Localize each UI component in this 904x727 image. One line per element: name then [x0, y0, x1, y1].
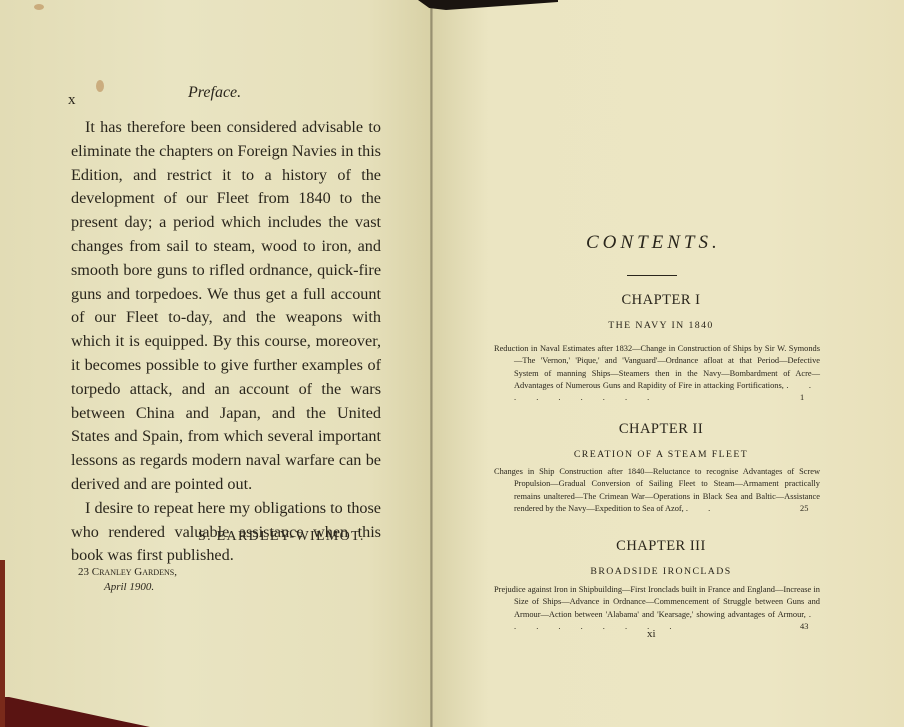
chapter-summary: Prejudice against Iron in Shipbuilding—F…: [494, 584, 820, 633]
address-line: 23 Cranley Gardens,: [78, 566, 177, 578]
book-gutter: [430, 0, 433, 727]
address-block: 23 Cranley Gardens, April 1900.: [78, 565, 177, 595]
summary-text: Reduction in Naval Estimates after 1832—…: [494, 344, 820, 390]
summary-text: Changes in Ship Construction after 1840—…: [494, 467, 820, 513]
chapter-heading: CHAPTER I: [490, 292, 832, 309]
cover-edge: [0, 560, 5, 727]
foxing-stain: [96, 80, 104, 92]
author-signature: S. EARDLEY-WILMOT.: [198, 529, 365, 545]
running-head: Preface.: [188, 84, 241, 102]
chapter-heading: CHAPTER III: [490, 538, 832, 555]
chapter-summary: Reduction in Naval Estimates after 1832—…: [494, 343, 820, 404]
book-spread: x Preface. It has therefore been conside…: [0, 0, 904, 727]
contents-title: CONTENTS.: [586, 232, 721, 254]
title-rule: [627, 275, 677, 276]
chapter-subtitle: CREATION OF A STEAM FLEET: [490, 449, 832, 460]
chapter-subtitle: BROADSIDE IRONCLADS: [490, 566, 832, 577]
chapter-subtitle: THE NAVY IN 1840: [490, 320, 832, 331]
preface-body: It has therefore been considered advisab…: [71, 116, 381, 568]
summary-text: Prejudice against Iron in Shipbuilding—F…: [494, 585, 820, 619]
page-number-left: x: [68, 92, 76, 109]
page-number-right: xi: [647, 628, 656, 640]
date-line: April 1900.: [78, 580, 177, 595]
dot-leader: . .: [686, 504, 719, 513]
preface-paragraph: It has therefore been considered advisab…: [71, 116, 381, 497]
chapter-summary: Changes in Ship Construction after 1840—…: [494, 466, 820, 515]
chapter-heading: CHAPTER II: [490, 421, 832, 438]
foxing-stain: [34, 4, 44, 10]
